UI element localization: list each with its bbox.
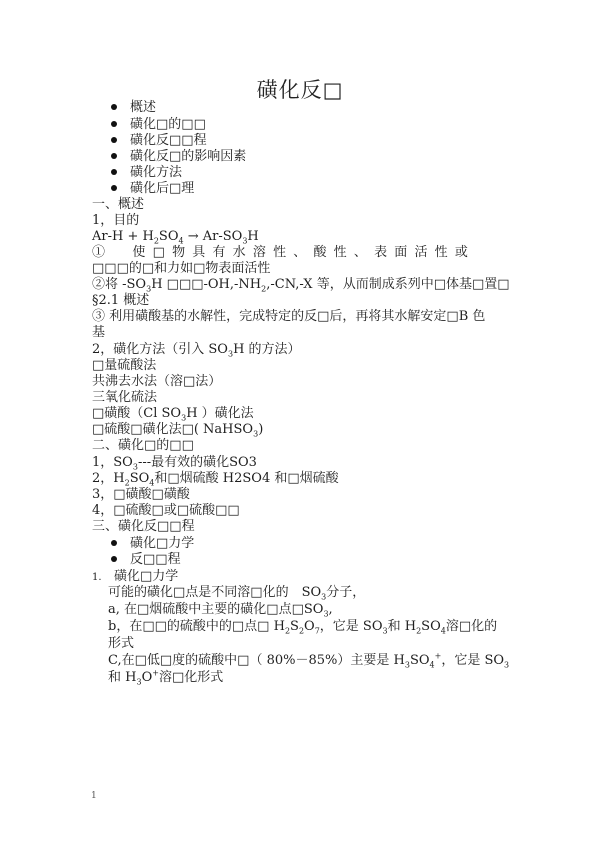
section-heading: 二、磺化□的□□ — [92, 438, 194, 454]
document-page: 磺化反□ 概述 磺化□的□□ 磺化反□□程 磺化反□的影响因素 磺化方法 磺化后… — [0, 0, 600, 850]
list-item: 1，SO3---最有效的磺化SO3 — [92, 455, 257, 471]
paragraph-line: 基 — [92, 325, 105, 341]
section-heading: 一、概述 — [92, 197, 144, 213]
method-item: □量硫酸法 — [92, 358, 156, 374]
toc-item: 磺化方法 — [111, 165, 182, 181]
method-item: 三氧化硫法 — [92, 390, 157, 406]
paragraph-line: □□□的□和力如□物表面活性 — [92, 261, 270, 277]
bullet-icon — [111, 540, 117, 546]
method-item: □硫酸□磺化法□( NaHSO3) — [92, 422, 263, 438]
page-number: 1 — [91, 791, 97, 801]
section-reference: §2.1 概述 — [92, 293, 149, 309]
bullet-icon — [111, 104, 117, 110]
section-heading: 三、磺化反□□程 — [92, 519, 195, 535]
paragraph-line: ① 使□物具有水溶性、酸性、表面活性或 — [92, 245, 475, 261]
paragraph-line: ③ 利用磺酸基的水解性，完成特定的反□后，再将其水解安定□B 色 — [92, 309, 485, 325]
bullet-icon — [111, 169, 117, 175]
toc-item: 磺化反□□程 — [111, 133, 207, 149]
chemical-equation: Ar-H + H2SO4 → Ar-SO3H — [92, 229, 259, 245]
paragraph-line: 形式 — [108, 636, 134, 652]
bullet-icon — [111, 121, 117, 127]
bullet-icon — [111, 556, 117, 562]
toc-item: 磺化反□的影响因素 — [111, 149, 246, 165]
subheading: 2，磺化方法（引入 SO3H 的方法） — [92, 342, 301, 358]
bullet-icon — [111, 137, 117, 143]
toc-item: 磺化□的□□ — [111, 117, 206, 133]
bullet-item: 反□□程 — [111, 552, 181, 568]
list-item: 2，H2SO4和□烟硫酸 H2SO4 和□烟硫酸 — [92, 471, 339, 487]
paragraph-line: a, 在□烟硫酸中主要的磺化□点□SO3, — [108, 602, 333, 618]
toc-item: 磺化后□理 — [111, 181, 194, 197]
toc-item: 概述 — [111, 100, 156, 116]
method-item: □磺酸（Cl SO3H ）磺化法 — [92, 406, 254, 422]
document-title: 磺化反□ — [0, 74, 600, 104]
bullet-icon — [111, 153, 117, 159]
paragraph-line: C,在□低□度的硫酸中□（ 80%－85%）主要是 H3SO4+，它是 SO3 — [108, 653, 509, 669]
numbered-subheading: 1. 磺化□力学 — [92, 569, 178, 586]
paragraph-line: 和 H3O+溶□化形式 — [108, 670, 223, 686]
list-item: 4，□硫酸□或□硫酸□□ — [92, 503, 240, 519]
paragraph-line: b，在□□的硫酸中的□点□ H2S2O7，它是 SO3和 H2SO4溶□化的 — [108, 619, 497, 635]
paragraph-line: 可能的磺化□点是不同溶□化的 SO3分子， — [108, 585, 365, 601]
paragraph-line: ②将 -SO3H □□□-OH,-NH2,-CN,-X 等，从而制成系列中□体基… — [92, 277, 510, 293]
subheading: 1，目的 — [92, 213, 139, 229]
bullet-item: 磺化□力学 — [111, 536, 194, 552]
list-item: 3，□磺酸□磺酸 — [92, 487, 190, 503]
method-item: 共沸去水法（溶□法） — [92, 374, 221, 390]
bullet-icon — [111, 185, 117, 191]
